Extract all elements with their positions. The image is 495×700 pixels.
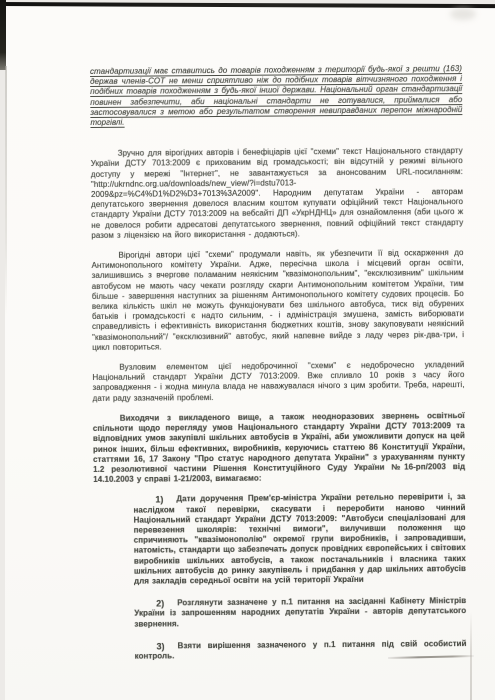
document-text-block: стандартизації має ставитись до товарів … <box>90 64 467 674</box>
paragraph-hidden-standard-text: Зручно для вірогідних авторів і бенефіці… <box>91 146 464 241</box>
demand-item-3: 3) Взяти вирішення зазначеного у п.1 пит… <box>95 639 467 662</box>
demand-text-3: Взяти вирішення зазначеного у п.1 питанн… <box>135 639 467 661</box>
paragraph-standards-citation: стандартизації має ставитись до товарів … <box>90 64 462 128</box>
demand-number-1: 1) <box>155 495 163 505</box>
demands-list: 1) Дати доручення Прем'єр-міністра Украї… <box>93 492 466 662</box>
paragraph-antimonopoly-committee: Вірогідні автори цієї "схеми" продумали … <box>91 248 464 353</box>
demand-text-2: Розглянути зазначене у п.1 питання на за… <box>134 596 466 628</box>
scanned-document-page: стандартизації має ставитись до товарів … <box>0 0 495 700</box>
scan-left-edge-shadow <box>5 66 7 316</box>
paragraph-key-element: Вузловим елементом цієї недоброчинної "с… <box>92 360 464 404</box>
demand-item-2: 2) Розглянути зазначене у п.1 питання на… <box>94 596 466 630</box>
scan-left-edge-artifact <box>0 0 6 70</box>
paragraph-demands-intro: Виходячи з викладеного вище, а також нео… <box>93 411 466 485</box>
demand-item-1: 1) Дати доручення Прем'єр-міністра Украї… <box>93 492 466 587</box>
demand-number-3: 3) <box>157 641 165 651</box>
demand-text-1: Дати доручення Прем'єр-міністра України … <box>133 492 466 585</box>
demand-number-2: 2) <box>156 599 164 609</box>
scan-smudge-artifact <box>450 8 476 20</box>
